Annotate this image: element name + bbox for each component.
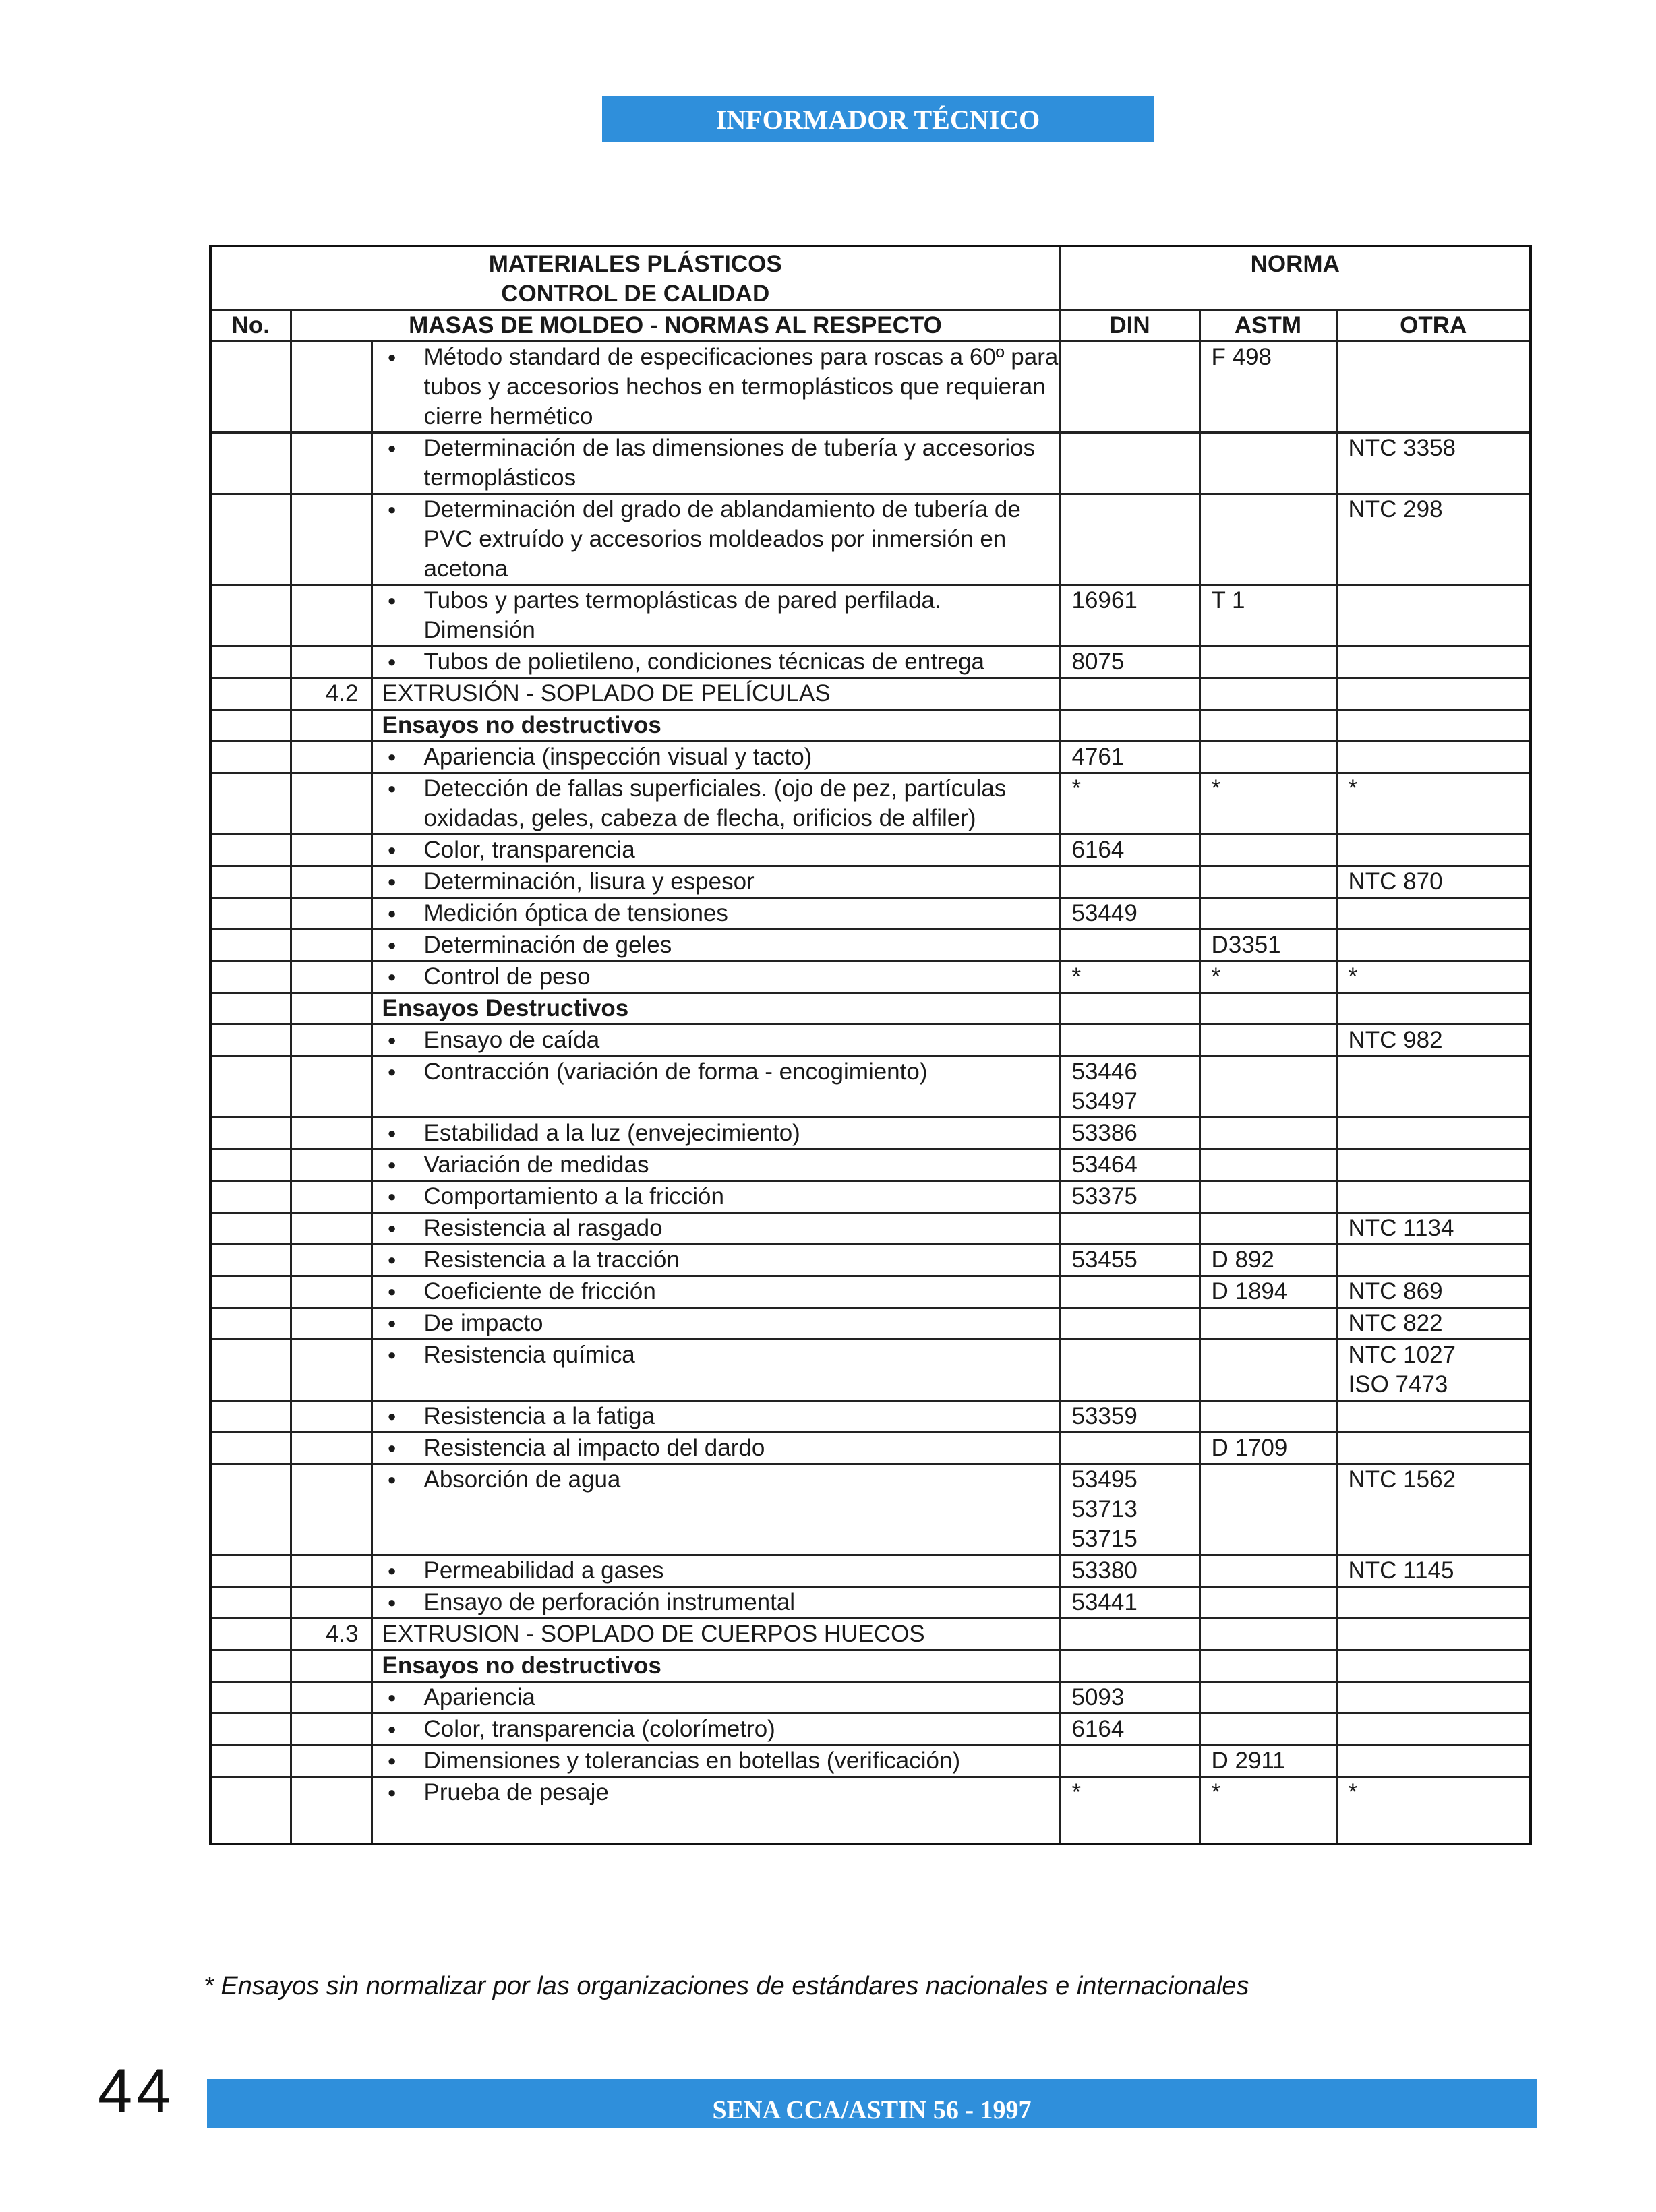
footnote: * Ensayos sin normalizar por las organiz… <box>204 1972 1249 2001</box>
astm-cell <box>1200 1682 1336 1714</box>
table-row: ●Apariencia5093 <box>210 1682 1531 1714</box>
header-banner: INFORMADOR TÉCNICO <box>602 96 1154 142</box>
bullet-icon: ● <box>382 1245 424 1275</box>
column-header-row: No. MASAS DE MOLDEO - NORMAS AL RESPECTO… <box>210 310 1531 342</box>
description-cell: ●Resistencia al rasgado <box>372 1213 1060 1245</box>
astm-cell: D 892 <box>1200 1245 1336 1276</box>
section-cell <box>291 1464 372 1555</box>
description-cell: ●Ensayo de caída <box>372 1025 1060 1056</box>
din-cell: 6164 <box>1060 835 1200 866</box>
no-cell <box>210 1245 291 1276</box>
section-cell <box>291 866 372 898</box>
description-cell: ●Método standard de especificaciones par… <box>372 342 1060 433</box>
section-row: 4.3EXTRUSION - SOPLADO DE CUERPOS HUECOS <box>210 1619 1531 1650</box>
section-cell <box>291 710 372 742</box>
no-cell <box>210 1714 291 1745</box>
bullet-icon: ● <box>382 342 424 431</box>
astm-cell <box>1200 866 1336 898</box>
item-text: Resistencia al rasgado <box>424 1214 1059 1243</box>
section-cell <box>291 1555 372 1587</box>
bullet-icon: ● <box>382 1150 424 1180</box>
section-cell <box>291 773 372 835</box>
din-cell <box>1060 494 1200 585</box>
astm-cell <box>1200 1149 1336 1181</box>
astm-cell <box>1200 1714 1336 1745</box>
din-cell <box>1060 1276 1200 1308</box>
item-text: Tubos y partes termoplásticas de pared p… <box>424 586 1059 645</box>
section-cell <box>291 342 372 433</box>
section-cell <box>291 1433 372 1464</box>
item-text: Determinación de las dimensiones de tube… <box>424 434 1059 493</box>
astm-cell <box>1200 1118 1336 1149</box>
otra-cell <box>1336 1401 1531 1433</box>
quality-control-table: MATERIALES PLÁSTICOS CONTROL DE CALIDAD … <box>209 245 1532 1845</box>
description-cell: ●Resistencia a la fatiga <box>372 1401 1060 1433</box>
no-cell <box>210 678 291 710</box>
description-cell: ●Ensayo de perforación instrumental <box>372 1587 1060 1619</box>
subheading: Ensayos no destructivos <box>372 1650 1060 1682</box>
din-cell: 6164 <box>1060 1714 1200 1745</box>
table-row: ●Variación de medidas53464 <box>210 1149 1531 1181</box>
otra-cell: NTC 298 <box>1336 494 1531 585</box>
table-row: ●Medición óptica de tensiones53449 <box>210 898 1531 930</box>
section-cell <box>291 1245 372 1276</box>
item-text: Apariencia (inspección visual y tacto) <box>424 742 1059 772</box>
item-text: Coeficiente de fricción <box>424 1277 1059 1307</box>
description-cell: ●Determinación de geles <box>372 930 1060 961</box>
din-cell <box>1060 1745 1200 1777</box>
astm-cell <box>1200 1213 1336 1245</box>
bullet-icon: ● <box>382 867 424 897</box>
din-cell <box>1060 342 1200 433</box>
col-header-astm: ASTM <box>1200 310 1336 342</box>
otra-cell: * <box>1336 1777 1531 1845</box>
din-cell: * <box>1060 961 1200 993</box>
astm-cell <box>1200 1619 1336 1650</box>
din-cell <box>1060 1025 1200 1056</box>
description-cell: ●Control de peso <box>372 961 1060 993</box>
no-cell <box>210 1433 291 1464</box>
item-text: Tubos de polietileno, condiciones técnic… <box>424 647 1059 677</box>
no-cell <box>210 1745 291 1777</box>
description-cell: ●Contracción (variación de forma - encog… <box>372 1056 1060 1118</box>
section-cell <box>291 1025 372 1056</box>
din-cell <box>1060 1619 1200 1650</box>
otra-cell: NTC 870 <box>1336 866 1531 898</box>
item-text: Color, transparencia (colorímetro) <box>424 1714 1059 1744</box>
col-header-no: No. <box>210 310 291 342</box>
table-row: ●De impactoNTC 822 <box>210 1308 1531 1340</box>
section-cell <box>291 433 372 494</box>
item-text: De impacto <box>424 1309 1059 1338</box>
table-row: ●Resistencia al impacto del dardoD 1709 <box>210 1433 1531 1464</box>
bullet-icon: ● <box>382 774 424 833</box>
bullet-icon: ● <box>382 1214 424 1243</box>
section-cell <box>291 1650 372 1682</box>
din-cell: 53464 <box>1060 1149 1200 1181</box>
section-cell <box>291 1056 372 1118</box>
subheading: Ensayos Destructivos <box>372 993 1060 1025</box>
section-cell <box>291 585 372 647</box>
item-text: Resistencia a la fatiga <box>424 1402 1059 1431</box>
item-text: Método standard de especificaciones para… <box>424 342 1059 431</box>
bullet-icon: ● <box>382 1182 424 1212</box>
no-cell <box>210 1118 291 1149</box>
astm-cell <box>1200 993 1336 1025</box>
no-cell <box>210 1650 291 1682</box>
din-cell: 53359 <box>1060 1401 1200 1433</box>
description-cell: ●Detección de fallas superficiales. (ojo… <box>372 773 1060 835</box>
otra-cell <box>1336 898 1531 930</box>
astm-cell <box>1200 1464 1336 1555</box>
table-row: ●Tubos y partes termoplásticas de pared … <box>210 585 1531 647</box>
table-row: ●Estabilidad a la luz (envejecimiento)53… <box>210 1118 1531 1149</box>
section-cell <box>291 1308 372 1340</box>
otra-cell: * <box>1336 773 1531 835</box>
item-text: Determinación, lisura y espesor <box>424 867 1059 897</box>
section-cell <box>291 1276 372 1308</box>
table-row: ●Control de peso*** <box>210 961 1531 993</box>
description-cell: ●Prueba de pesaje <box>372 1777 1060 1845</box>
item-text: Color, transparencia <box>424 835 1059 865</box>
din-cell: 53495 53713 53715 <box>1060 1464 1200 1555</box>
bullet-icon: ● <box>382 1556 424 1586</box>
description-cell: ●Variación de medidas <box>372 1149 1060 1181</box>
astm-cell <box>1200 1181 1336 1213</box>
no-cell <box>210 961 291 993</box>
no-cell <box>210 1276 291 1308</box>
din-cell <box>1060 710 1200 742</box>
no-cell <box>210 342 291 433</box>
otra-cell <box>1336 342 1531 433</box>
astm-cell <box>1200 647 1336 678</box>
description-cell: ●Apariencia <box>372 1682 1060 1714</box>
astm-cell <box>1200 433 1336 494</box>
table-row: ●Resistencia a la tracción53455D 892 <box>210 1245 1531 1276</box>
astm-cell <box>1200 1401 1336 1433</box>
description-cell: ●Color, transparencia (colorímetro) <box>372 1714 1060 1745</box>
item-text: Resistencia al impacto del dardo <box>424 1433 1059 1463</box>
description-cell: ●Dimensiones y tolerancias en botellas (… <box>372 1745 1060 1777</box>
description-cell: ●Permeabilidad a gases <box>372 1555 1060 1587</box>
no-cell <box>210 1777 291 1845</box>
no-cell <box>210 1555 291 1587</box>
din-cell: 53380 <box>1060 1555 1200 1587</box>
table-row: ●Color, transparencia (colorímetro)6164 <box>210 1714 1531 1745</box>
no-cell <box>210 1025 291 1056</box>
section-cell <box>291 1149 372 1181</box>
otra-cell <box>1336 1433 1531 1464</box>
din-cell <box>1060 678 1200 710</box>
astm-cell <box>1200 1650 1336 1682</box>
otra-cell <box>1336 1149 1531 1181</box>
section-cell <box>291 1587 372 1619</box>
astm-cell: D 1894 <box>1200 1276 1336 1308</box>
section-cell <box>291 647 372 678</box>
bullet-icon: ● <box>382 1433 424 1463</box>
no-cell <box>210 433 291 494</box>
otra-cell <box>1336 1245 1531 1276</box>
section-cell <box>291 993 372 1025</box>
din-cell <box>1060 866 1200 898</box>
otra-cell <box>1336 1745 1531 1777</box>
astm-cell <box>1200 678 1336 710</box>
table-row: ●Resistencia a la fatiga53359 <box>210 1401 1531 1433</box>
din-cell: 8075 <box>1060 647 1200 678</box>
table-row: ●Ensayo de caídaNTC 982 <box>210 1025 1531 1056</box>
otra-cell <box>1336 930 1531 961</box>
otra-cell <box>1336 742 1531 773</box>
din-cell: 53455 <box>1060 1245 1200 1276</box>
astm-cell <box>1200 835 1336 866</box>
bullet-icon: ● <box>382 1778 424 1807</box>
din-cell: 16961 <box>1060 585 1200 647</box>
bullet-icon: ● <box>382 1057 424 1087</box>
bullet-icon: ● <box>382 1714 424 1744</box>
din-cell <box>1060 433 1200 494</box>
no-cell <box>210 1213 291 1245</box>
din-cell: 4761 <box>1060 742 1200 773</box>
astm-cell <box>1200 710 1336 742</box>
din-cell <box>1060 930 1200 961</box>
table-row: ●Tubos de polietileno, condiciones técni… <box>210 647 1531 678</box>
item-text: Absorción de agua <box>424 1465 1059 1495</box>
no-cell <box>210 930 291 961</box>
no-cell <box>210 1682 291 1714</box>
section-cell <box>291 1401 372 1433</box>
table-row: ●Contracción (variación de forma - encog… <box>210 1056 1531 1118</box>
otra-cell <box>1336 1682 1531 1714</box>
item-text: Resistencia química <box>424 1340 1059 1370</box>
otra-cell: NTC 3358 <box>1336 433 1531 494</box>
astm-cell: T 1 <box>1200 585 1336 647</box>
item-text: Permeabilidad a gases <box>424 1556 1059 1586</box>
title-line-1: MATERIALES PLÁSTICOS <box>212 249 1059 279</box>
title-line-2: CONTROL DE CALIDAD <box>212 279 1059 309</box>
bullet-icon: ● <box>382 1309 424 1338</box>
otra-cell <box>1336 993 1531 1025</box>
description-cell: ●Coeficiente de fricción <box>372 1276 1060 1308</box>
no-cell <box>210 494 291 585</box>
astm-cell <box>1200 1025 1336 1056</box>
otra-cell <box>1336 1056 1531 1118</box>
bullet-icon: ● <box>382 1025 424 1055</box>
item-text: Estabilidad a la luz (envejecimiento) <box>424 1118 1059 1148</box>
otra-cell <box>1336 585 1531 647</box>
din-cell: * <box>1060 773 1200 835</box>
otra-cell: NTC 1145 <box>1336 1555 1531 1587</box>
no-cell <box>210 710 291 742</box>
astm-cell: F 498 <box>1200 342 1336 433</box>
otra-cell: NTC 822 <box>1336 1308 1531 1340</box>
bullet-icon: ● <box>382 1402 424 1431</box>
din-cell: 53375 <box>1060 1181 1200 1213</box>
page-number: 44 <box>98 2056 175 2127</box>
subheading-row: Ensayos no destructivos <box>210 710 1531 742</box>
item-text: Contracción (variación de forma - encogi… <box>424 1057 1059 1087</box>
description-cell: ●Color, transparencia <box>372 835 1060 866</box>
astm-cell <box>1200 494 1336 585</box>
table-row: ●Permeabilidad a gases53380NTC 1145 <box>210 1555 1531 1587</box>
din-cell <box>1060 1650 1200 1682</box>
item-text: Determinación del grado de ablandamiento… <box>424 495 1059 584</box>
section-cell <box>291 742 372 773</box>
section-cell <box>291 930 372 961</box>
astm-cell: * <box>1200 961 1336 993</box>
din-cell <box>1060 1213 1200 1245</box>
col-header-desc: MASAS DE MOLDEO - NORMAS AL RESPECTO <box>291 310 1060 342</box>
table-row: ●Detección de fallas superficiales. (ojo… <box>210 773 1531 835</box>
astm-cell: D 2911 <box>1200 1745 1336 1777</box>
otra-cell <box>1336 1118 1531 1149</box>
description-cell: ●Estabilidad a la luz (envejecimiento) <box>372 1118 1060 1149</box>
bullet-icon: ● <box>382 647 424 677</box>
otra-cell <box>1336 835 1531 866</box>
item-text: Medición óptica de tensiones <box>424 899 1059 928</box>
no-cell <box>210 773 291 835</box>
bullet-icon: ● <box>382 835 424 865</box>
table-row: ●Color, transparencia6164 <box>210 835 1531 866</box>
astm-cell <box>1200 1340 1336 1401</box>
table-title: MATERIALES PLÁSTICOS CONTROL DE CALIDAD <box>210 246 1060 310</box>
description-cell: ●Absorción de agua <box>372 1464 1060 1555</box>
no-cell <box>210 1619 291 1650</box>
table-row: ●Determinación, lisura y espesorNTC 870 <box>210 866 1531 898</box>
otra-cell <box>1336 1587 1531 1619</box>
din-cell: 5093 <box>1060 1682 1200 1714</box>
description-cell: ●Medición óptica de tensiones <box>372 898 1060 930</box>
table-row: ●Método standard de especificaciones par… <box>210 342 1531 433</box>
otra-cell: NTC 982 <box>1336 1025 1531 1056</box>
otra-cell <box>1336 647 1531 678</box>
bullet-icon: ● <box>382 495 424 584</box>
section-cell <box>291 835 372 866</box>
footer-banner: SENA CCA/ASTIN 56 - 1997 <box>207 2079 1537 2128</box>
item-text: Ensayo de perforación instrumental <box>424 1588 1059 1617</box>
astm-cell: D 1709 <box>1200 1433 1336 1464</box>
astm-cell: * <box>1200 773 1336 835</box>
item-text: Detección de fallas superficiales. (ojo … <box>424 774 1059 833</box>
section-cell <box>291 1682 372 1714</box>
astm-cell: D3351 <box>1200 930 1336 961</box>
item-text: Ensayo de caída <box>424 1025 1059 1055</box>
no-cell <box>210 835 291 866</box>
astm-cell: * <box>1200 1777 1336 1845</box>
astm-cell <box>1200 898 1336 930</box>
table-row: ●Resistencia al rasgadoNTC 1134 <box>210 1213 1531 1245</box>
otra-cell <box>1336 678 1531 710</box>
table-row: ●Determinación de gelesD3351 <box>210 930 1531 961</box>
no-cell <box>210 993 291 1025</box>
bullet-icon: ● <box>382 1465 424 1495</box>
table-row: ●Determinación de las dimensiones de tub… <box>210 433 1531 494</box>
otra-cell <box>1336 1650 1531 1682</box>
bullet-icon: ● <box>382 1340 424 1370</box>
table-row: ●Coeficiente de fricciónD 1894NTC 869 <box>210 1276 1531 1308</box>
section-number: 4.2 <box>291 678 372 710</box>
table-row: ●Ensayo de perforación instrumental53441 <box>210 1587 1531 1619</box>
section-cell <box>291 898 372 930</box>
no-cell <box>210 742 291 773</box>
subheading-row: Ensayos Destructivos <box>210 993 1531 1025</box>
table-row: ●Resistencia químicaNTC 1027 ISO 7473 <box>210 1340 1531 1401</box>
description-cell: ●Resistencia al impacto del dardo <box>372 1433 1060 1464</box>
astm-cell <box>1200 1555 1336 1587</box>
section-cell <box>291 1714 372 1745</box>
description-cell: ●Comportamiento a la fricción <box>372 1181 1060 1213</box>
table-title-row: MATERIALES PLÁSTICOS CONTROL DE CALIDAD … <box>210 246 1531 310</box>
section-cell <box>291 1181 372 1213</box>
section-cell <box>291 1118 372 1149</box>
item-text: Variación de medidas <box>424 1150 1059 1180</box>
otra-cell <box>1336 1714 1531 1745</box>
section-cell <box>291 1213 372 1245</box>
astm-cell <box>1200 1587 1336 1619</box>
description-cell: ●Determinación del grado de ablandamient… <box>372 494 1060 585</box>
col-header-otra: OTRA <box>1336 310 1531 342</box>
no-cell <box>210 585 291 647</box>
bullet-icon: ● <box>382 962 424 992</box>
description-cell: ●Resistencia química <box>372 1340 1060 1401</box>
otra-cell <box>1336 710 1531 742</box>
norma-header: NORMA <box>1060 246 1531 310</box>
din-cell: 53446 53497 <box>1060 1056 1200 1118</box>
section-cell <box>291 961 372 993</box>
no-cell <box>210 866 291 898</box>
description-cell: ●Tubos y partes termoplásticas de pared … <box>372 585 1060 647</box>
din-cell <box>1060 993 1200 1025</box>
subheading-row: Ensayos no destructivos <box>210 1650 1531 1682</box>
no-cell <box>210 1308 291 1340</box>
description-cell: ●Determinación de las dimensiones de tub… <box>372 433 1060 494</box>
bullet-icon: ● <box>382 742 424 772</box>
otra-cell <box>1336 1181 1531 1213</box>
subheading: Ensayos no destructivos <box>372 710 1060 742</box>
bullet-icon: ● <box>382 586 424 645</box>
section-number: 4.3 <box>291 1619 372 1650</box>
otra-cell: NTC 869 <box>1336 1276 1531 1308</box>
otra-cell: * <box>1336 961 1531 993</box>
description-cell: ●Apariencia (inspección visual y tacto) <box>372 742 1060 773</box>
section-cell <box>291 1777 372 1845</box>
no-cell <box>210 1340 291 1401</box>
bullet-icon: ● <box>382 1746 424 1776</box>
bullet-icon: ● <box>382 1277 424 1307</box>
no-cell <box>210 1464 291 1555</box>
table-row: ●Comportamiento a la fricción53375 <box>210 1181 1531 1213</box>
description-cell: ●De impacto <box>372 1308 1060 1340</box>
no-cell <box>210 1587 291 1619</box>
no-cell <box>210 1149 291 1181</box>
bullet-icon: ● <box>382 434 424 493</box>
section-title: EXTRUSIÓN - SOPLADO DE PELÍCULAS <box>372 678 1060 710</box>
section-cell <box>291 1745 372 1777</box>
table-row: ●Determinación del grado de ablandamient… <box>210 494 1531 585</box>
item-text: Comportamiento a la fricción <box>424 1182 1059 1212</box>
section-row: 4.2EXTRUSIÓN - SOPLADO DE PELÍCULAS <box>210 678 1531 710</box>
no-cell <box>210 898 291 930</box>
item-text: Resistencia a la tracción <box>424 1245 1059 1275</box>
otra-cell <box>1336 1619 1531 1650</box>
din-cell: * <box>1060 1777 1200 1845</box>
din-cell <box>1060 1433 1200 1464</box>
description-cell: ●Resistencia a la tracción <box>372 1245 1060 1276</box>
bullet-icon: ● <box>382 899 424 928</box>
item-text: Control de peso <box>424 962 1059 992</box>
astm-cell <box>1200 1056 1336 1118</box>
item-text: Apariencia <box>424 1683 1059 1712</box>
description-cell: ●Tubos de polietileno, condiciones técni… <box>372 647 1060 678</box>
